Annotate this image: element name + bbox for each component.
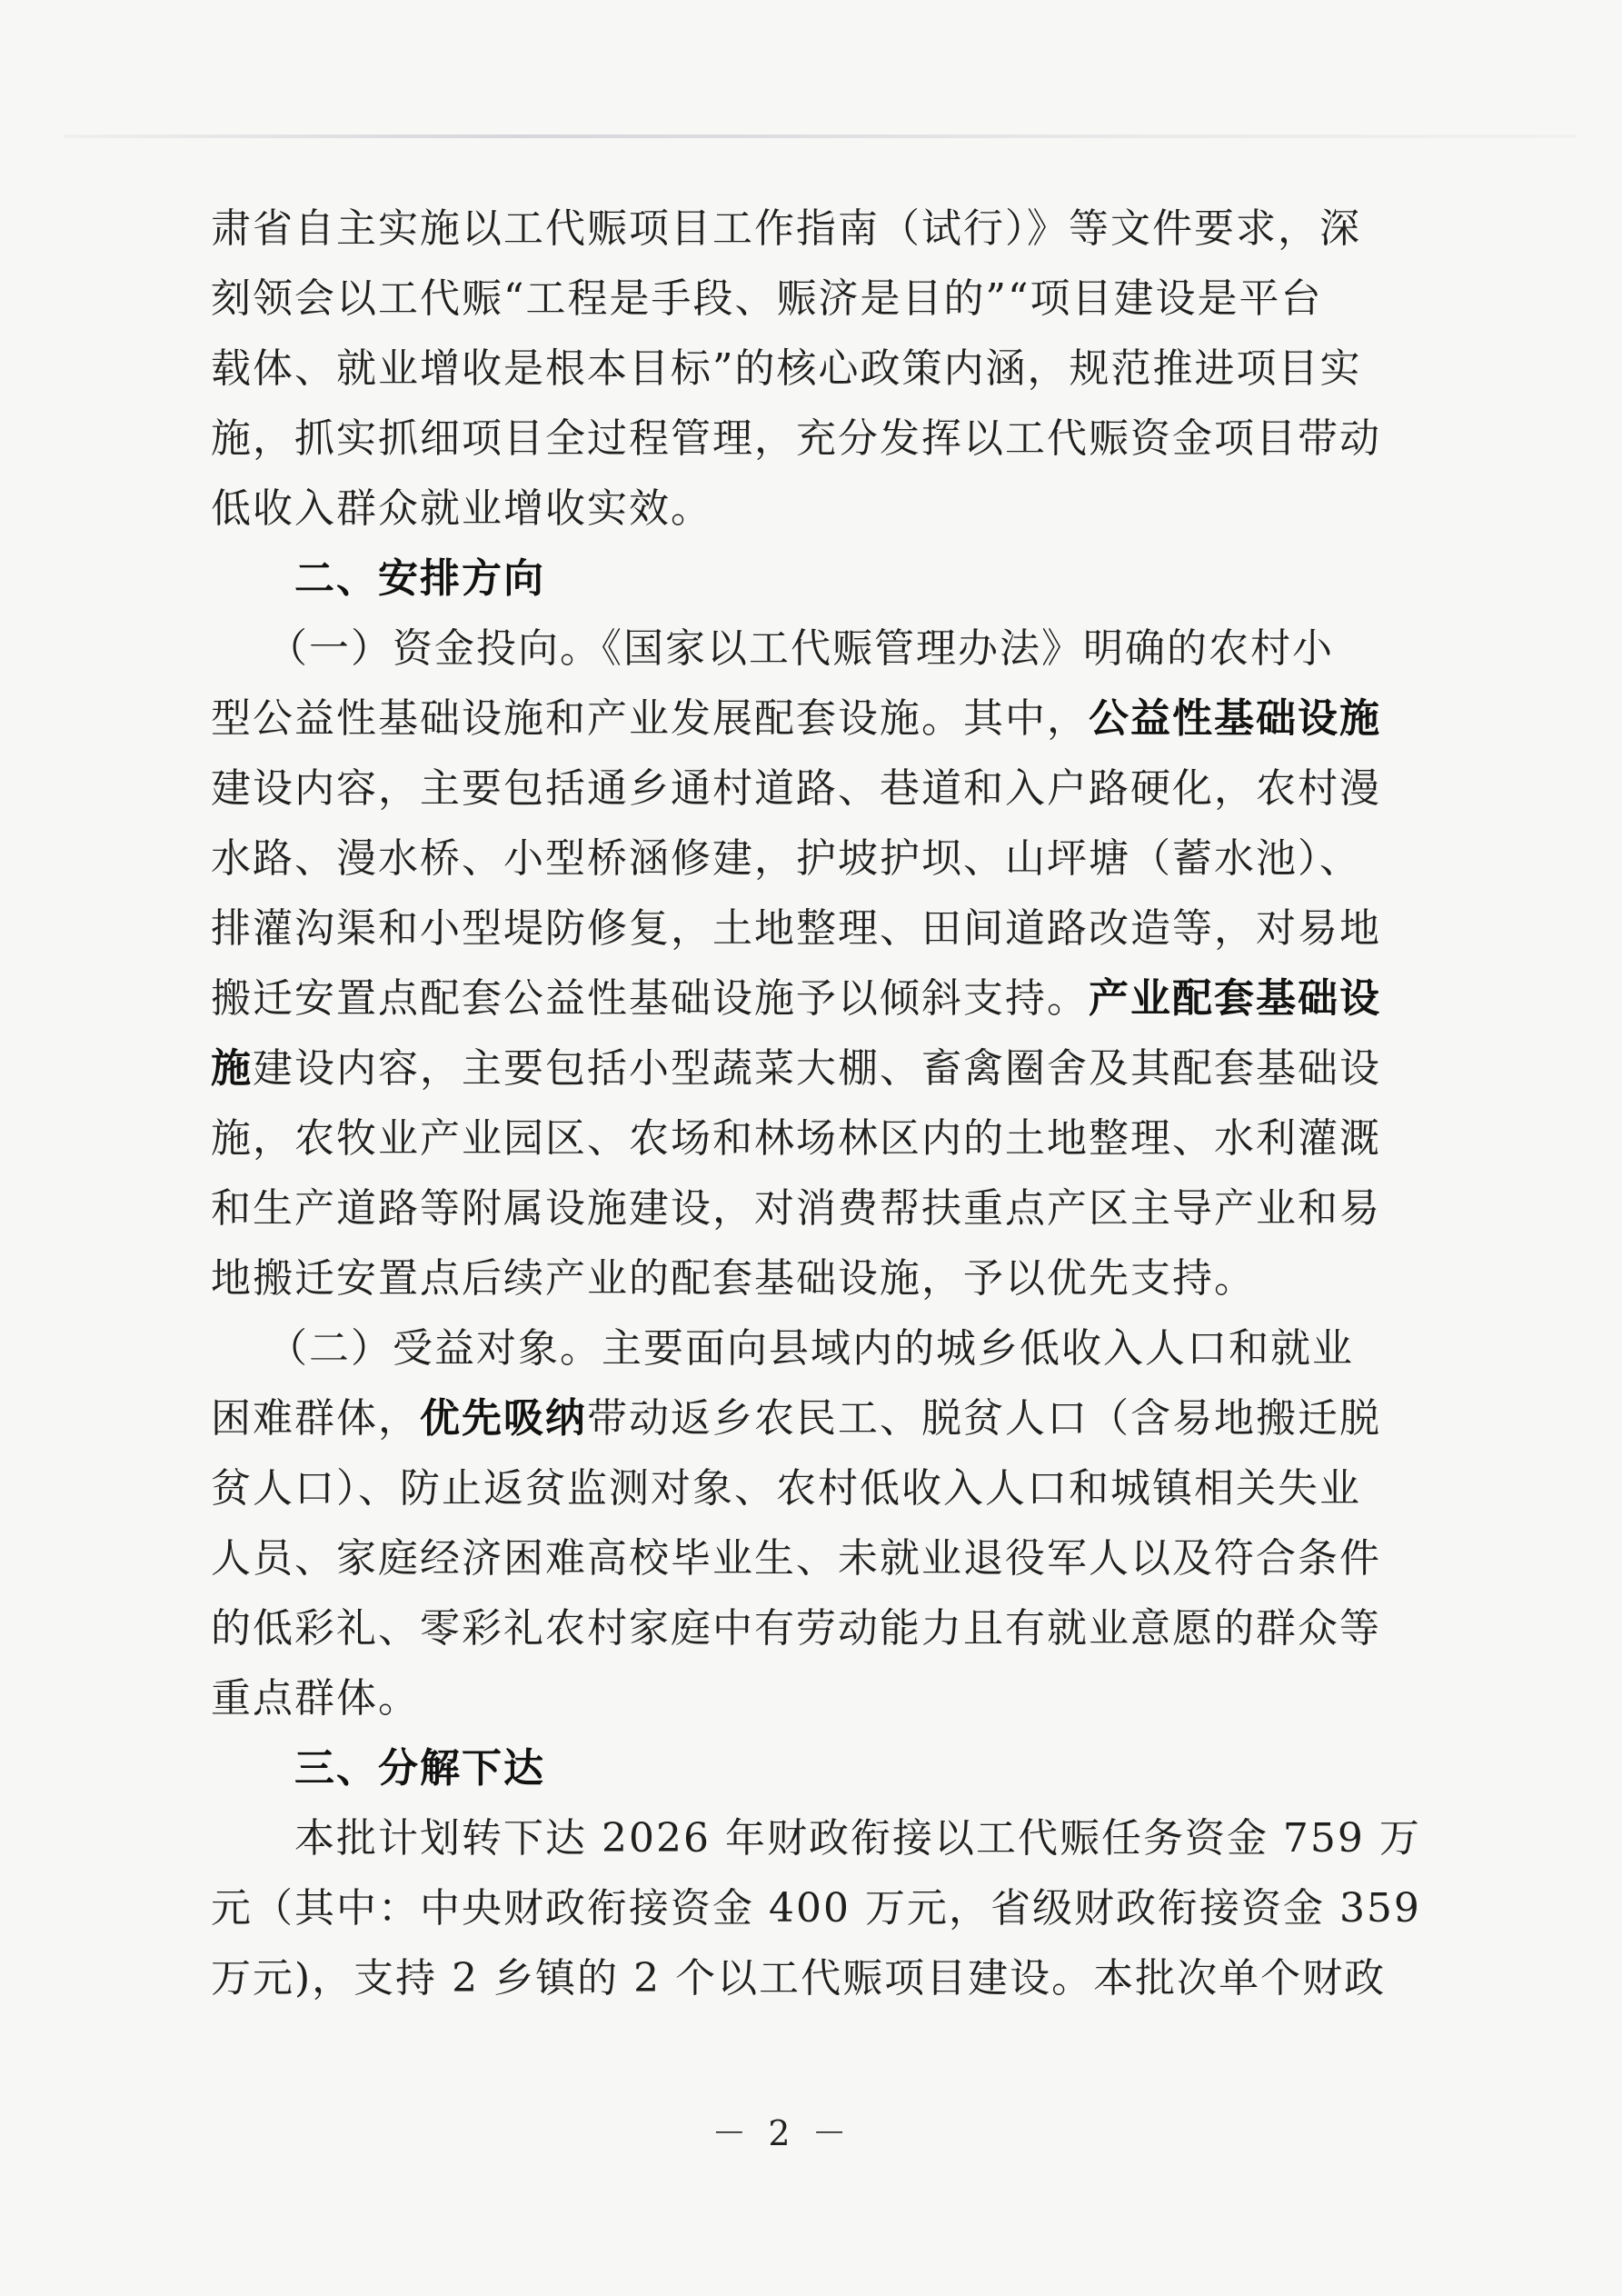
text-segment: 肃省自主实施以工代赈项目工作指南（试行）》等文件要求，深 — [211, 205, 1361, 252]
page-number: － 2 － — [0, 2105, 1593, 2155]
text-segment: 带动返乡农民工、脱贫人口（含易地搬迁脱 — [587, 1395, 1381, 1442]
bold-text-segment: 施 — [211, 1045, 253, 1092]
bold-text-segment: 公益性基础设施 — [1089, 695, 1381, 742]
text-line: 困难群体，优先吸纳带动返乡农民工、脱贫人口（含易地搬迁脱 — [211, 1383, 1388, 1453]
text-line: 载体、就业增收是根本目标”的核心政策内涵，规范推进项目实 — [211, 334, 1388, 404]
text-segment: 贫人口）、防止返贫监测对象、农村低收入人口和城镇相关失业 — [211, 1465, 1361, 1512]
text-line: 建设内容，主要包括通乡通村道路、巷道和入户路硬化，农村漫 — [211, 754, 1388, 824]
text-segment: 本批计划转下达 2026 年财政衔接以工代赈任务资金 759 万 — [294, 1815, 1421, 1862]
section-heading: 二、安排方向 — [211, 544, 1388, 614]
text-segment: 建设内容，主要包括通乡通村道路、巷道和入户路硬化，农村漫 — [211, 765, 1381, 812]
bold-text-segment: 产业配套基础设 — [1089, 975, 1381, 1022]
text-line: （一）资金投向。《国家以工代赈管理办法》明确的农村小 — [211, 614, 1388, 684]
text-segment: 刻领会以工代赈“工程是手段、赈济是目的”“项目建设是平台 — [211, 275, 1322, 322]
text-segment: 型公益性基础设施和产业发展配套设施。其中， — [211, 695, 1089, 742]
document-body: 肃省自主实施以工代赈项目工作指南（试行）》等文件要求，深刻领会以工代赈“工程是手… — [211, 194, 1388, 2013]
text-segment: 人员、家庭经济困难高校毕业生、未就业退役军人以及符合条件 — [211, 1535, 1381, 1582]
text-line: 低收入群众就业增收实效。 — [211, 474, 1388, 544]
text-line: 和生产道路等附属设施建设，对消费帮扶重点产区主导产业和易 — [211, 1173, 1388, 1243]
text-segment: 地搬迁安置点后续产业的配套基础设施，予以优先支持。 — [211, 1255, 1256, 1302]
text-line: 本批计划转下达 2026 年财政衔接以工代赈任务资金 759 万 — [211, 1803, 1388, 1873]
text-segment: 的低彩礼、零彩礼农村家庭中有劳动能力且有就业意愿的群众等 — [211, 1605, 1381, 1652]
text-segment: 元（其中：中央财政衔接资金 400 万元，省级财政衔接资金 359 — [211, 1885, 1421, 1932]
text-segment: 载体、就业增收是根本目标”的核心政策内涵，规范推进项目实 — [211, 345, 1362, 392]
text-line: 人员、家庭经济困难高校毕业生、未就业退役军人以及符合条件 — [211, 1523, 1388, 1593]
text-segment: 低收入群众就业增收实效。 — [211, 485, 712, 532]
text-line: 水路、漫水桥、小型桥涵修建，护坡护坝、山坪塘（蓄水池）、 — [211, 824, 1388, 893]
text-segment: 水路、漫水桥、小型桥涵修建，护坡护坝、山坪塘（蓄水池）、 — [211, 835, 1361, 882]
text-segment: 重点群体。 — [211, 1675, 420, 1722]
text-segment: 万元)，支持 2 乡镇的 2 个以工代赈项目建设。本批次单个财政 — [211, 1955, 1386, 2002]
text-line: 地搬迁安置点后续产业的配套基础设施，予以优先支持。 — [211, 1243, 1388, 1313]
text-line: 施建设内容，主要包括小型蔬菜大棚、畜禽圈舍及其配套基础设 — [211, 1033, 1388, 1103]
text-segment: 施，抓实抓细项目全过程管理，充分发挥以工代赈资金项目带动 — [211, 415, 1381, 462]
text-segment: 排灌沟渠和小型堤防修复，土地整理、田间道路改造等，对易地 — [211, 905, 1381, 952]
text-segment: 建设内容，主要包括小型蔬菜大棚、畜禽圈舍及其配套基础设 — [253, 1045, 1381, 1092]
text-line: 施，抓实抓细项目全过程管理，充分发挥以工代赈资金项目带动 — [211, 404, 1388, 474]
document-page: 肃省自主实施以工代赈项目工作指南（试行）》等文件要求，深刻领会以工代赈“工程是手… — [0, 0, 1622, 2296]
text-line: 施，农牧业产业园区、农场和林场林区内的土地整理、水利灌溉 — [211, 1103, 1388, 1173]
bold-text-segment: 优先吸纳 — [420, 1395, 587, 1442]
bold-text-segment: 三、分解下达 — [294, 1745, 545, 1792]
text-line: 排灌沟渠和小型堤防修复，土地整理、田间道路改造等，对易地 — [211, 893, 1388, 963]
text-segment: 施，农牧业产业园区、农场和林场林区内的土地整理、水利灌溉 — [211, 1115, 1381, 1162]
text-line: 万元)，支持 2 乡镇的 2 个以工代赈项目建设。本批次单个财政 — [211, 1943, 1388, 2013]
text-segment: （一）资金投向。《国家以工代赈管理办法》明确的农村小 — [267, 625, 1334, 672]
text-line: 贫人口）、防止返贫监测对象、农村低收入人口和城镇相关失业 — [211, 1453, 1388, 1523]
text-line: 的低彩礼、零彩礼农村家庭中有劳动能力且有就业意愿的群众等 — [211, 1593, 1388, 1663]
text-line: 搬迁安置点配套公益性基础设施予以倾斜支持。产业配套基础设 — [211, 963, 1388, 1033]
scan-artifact — [64, 135, 1577, 138]
section-heading: 三、分解下达 — [211, 1733, 1388, 1803]
text-line: （二）受益对象。主要面向县域内的城乡低收入人口和就业 — [211, 1313, 1388, 1383]
text-segment: 困难群体， — [211, 1395, 420, 1442]
text-segment: （二）受益对象。主要面向县域内的城乡低收入人口和就业 — [267, 1325, 1354, 1372]
text-line: 重点群体。 — [211, 1663, 1388, 1733]
text-line: 型公益性基础设施和产业发展配套设施。其中，公益性基础设施 — [211, 684, 1388, 754]
text-line: 元（其中：中央财政衔接资金 400 万元，省级财政衔接资金 359 — [211, 1873, 1388, 1943]
text-segment: 搬迁安置点配套公益性基础设施予以倾斜支持。 — [211, 975, 1089, 1022]
text-segment: 和生产道路等附属设施建设，对消费帮扶重点产区主导产业和易 — [211, 1185, 1381, 1232]
text-line: 肃省自主实施以工代赈项目工作指南（试行）》等文件要求，深 — [211, 194, 1388, 264]
text-line: 刻领会以工代赈“工程是手段、赈济是目的”“项目建设是平台 — [211, 264, 1388, 334]
bold-text-segment: 二、安排方向 — [294, 555, 545, 602]
